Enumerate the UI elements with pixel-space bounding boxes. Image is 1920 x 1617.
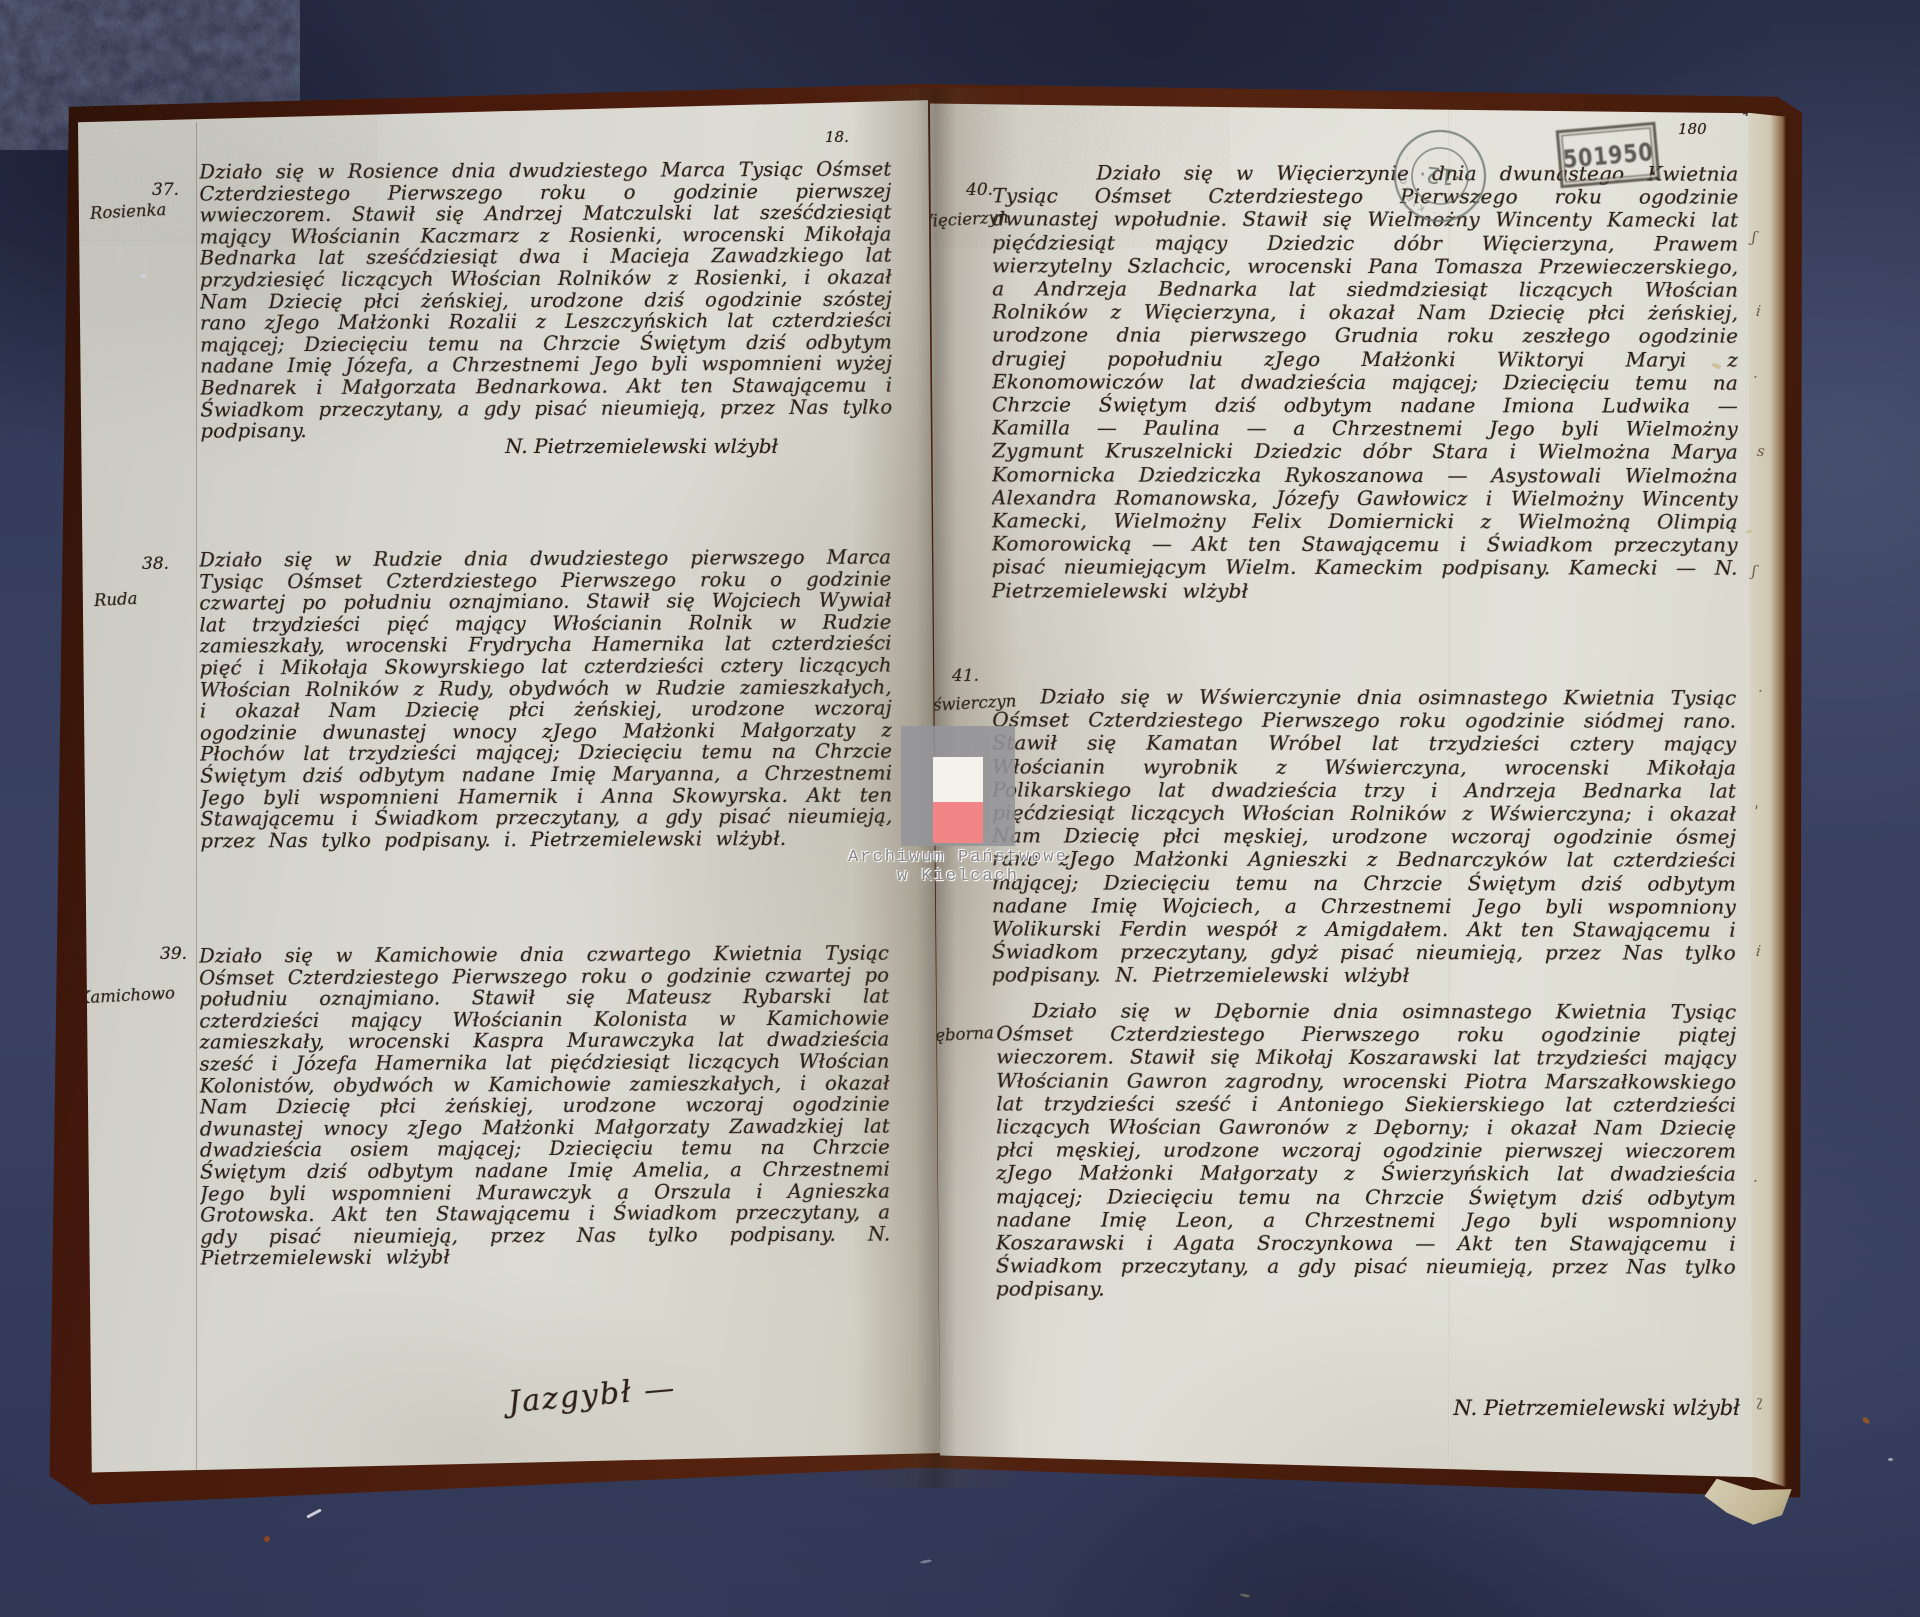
watermark-text-line2: w Kielcach bbox=[828, 867, 1088, 886]
brown-speck bbox=[264, 1536, 270, 1542]
polish-flag-white-stripe bbox=[933, 757, 983, 802]
margin-rule-line bbox=[196, 122, 197, 1474]
entry-37-signature: N. Pietrzemielewski wlżybł bbox=[328, 434, 778, 458]
archive-watermark: Archiwum Państwowe w Kielcach bbox=[828, 726, 1088, 886]
left-page: 18. 37. Rosienka Działo się w Rosience d… bbox=[78, 96, 940, 1478]
entry-38-margin-place: Ruda bbox=[94, 589, 138, 610]
edge-bleed-mark: · bbox=[1752, 368, 1759, 386]
rectangular-ink-stamp: 501950 bbox=[1556, 122, 1661, 188]
watermark-gray-box bbox=[901, 726, 1015, 846]
edge-bleed-mark: · bbox=[1757, 682, 1764, 700]
stamp-number: ·12· bbox=[1418, 160, 1462, 189]
fore-edge-page-stack: ʃ i · s ʃ · ' i · ʅ bbox=[1748, 110, 1788, 1490]
entry-39-number: 39. bbox=[160, 944, 187, 964]
edge-bleed-mark: ʃ bbox=[1751, 562, 1757, 580]
entry-38-number: 38. bbox=[142, 554, 169, 574]
edge-bleed-mark: · bbox=[1752, 1172, 1759, 1190]
entry-37-number: 37. bbox=[152, 180, 179, 200]
edge-bleed-mark: ' bbox=[1753, 802, 1759, 820]
entry-40-text: Działo się w Więcierzynie dnia dwunasteg… bbox=[992, 161, 1739, 656]
entry-39-text: Działo się w Kamichowie dnia czwartego K… bbox=[199, 942, 891, 1381]
watermark-text-line1: Archiwum Państwowe bbox=[828, 848, 1088, 867]
edge-bleed-mark: s bbox=[1756, 442, 1766, 461]
photo-of-register-book: 18. 37. Rosienka Działo się w Rosience d… bbox=[0, 0, 1920, 1617]
entry-41-number: 41. bbox=[952, 666, 979, 686]
entry-40-number: 40. bbox=[966, 180, 993, 200]
right-page-number: 180 bbox=[1678, 120, 1707, 138]
circular-ink-stamp: · KIELCE · ·12· bbox=[1387, 123, 1493, 229]
entry-39-margin-place: Kamichowo bbox=[78, 983, 176, 1007]
edge-bleed-mark: i bbox=[1755, 942, 1762, 960]
lint-speck bbox=[434, 270, 439, 273]
edge-bleed-mark: i bbox=[1755, 302, 1762, 320]
rect-stamp-number: 501950 bbox=[1562, 137, 1655, 174]
entry-38-text: Działo się w Rudzie dnia dwudziestego pi… bbox=[199, 546, 893, 925]
polish-flag-red-stripe bbox=[933, 802, 983, 843]
edge-bleed-mark: ʅ bbox=[1755, 1392, 1764, 1411]
lint-speck bbox=[1888, 1458, 1893, 1461]
entry-42-text: Działo się w Dębornie dnia osimnastego K… bbox=[996, 999, 1737, 1396]
entry-42-signature: N. Pietrzemielewski wlżybł bbox=[1220, 1396, 1740, 1420]
entry-37-text: Działo się w Rosience dnia dwudziestego … bbox=[199, 158, 892, 467]
entry-37-margin-place: Rosienka bbox=[90, 200, 167, 223]
left-page-number: 18. bbox=[825, 128, 849, 146]
lint-speck bbox=[140, 274, 147, 278]
edge-bleed-mark: ʃ bbox=[1751, 228, 1757, 246]
